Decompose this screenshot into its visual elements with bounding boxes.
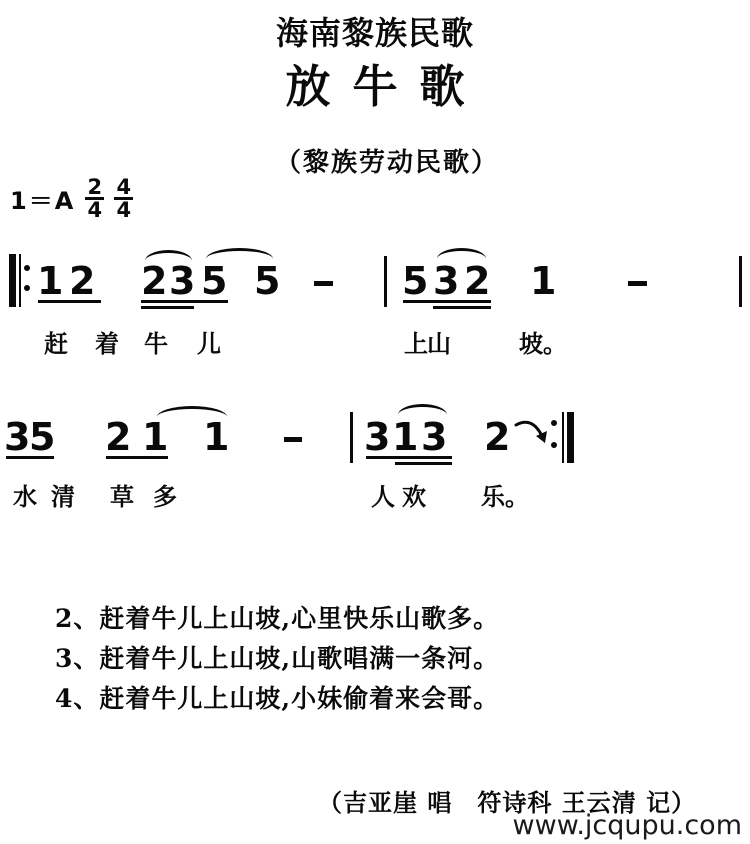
lyric-char: 牛 [144, 324, 168, 359]
tie [206, 248, 273, 260]
note: 3 [433, 266, 459, 296]
repeat-thick-bar [9, 254, 16, 307]
note: 5 [29, 422, 55, 452]
genre-label: 海南黎族民歌 [0, 8, 750, 54]
barline [350, 412, 353, 463]
note: 1 [203, 422, 229, 452]
lyric-char: 乐。 [481, 477, 529, 512]
lyric-char: 清 [51, 477, 75, 512]
repeat-dot [551, 442, 557, 448]
half-note-dash [284, 437, 302, 442]
sixteenth-underline [433, 306, 491, 309]
key-signature: 1＝A 2 4 4 4 [10, 178, 133, 219]
time-signature-4-4: 4 4 [114, 178, 133, 219]
note: 2 [69, 266, 95, 296]
note: 3 [421, 422, 447, 452]
repeat-thick-bar [567, 412, 574, 463]
lyric-char: 草 [110, 477, 134, 512]
note: 2 [484, 422, 510, 452]
key-tonality: 1＝A [10, 181, 75, 216]
tie [157, 406, 227, 418]
slur [398, 404, 447, 416]
fraction-denominator: 4 [87, 201, 102, 219]
barline [384, 256, 387, 307]
note: 3 [4, 422, 30, 452]
note: 1 [392, 422, 418, 452]
repeat-dot [24, 265, 30, 271]
note: 1 [530, 266, 556, 296]
sixteenth-underline [141, 306, 194, 309]
repeat-dot [551, 420, 557, 426]
end-repeat-icon [551, 412, 575, 463]
lyric-char: 儿 [197, 324, 221, 359]
verses: 2、赶着牛儿上山坡,心里快乐山歌多。 3、赶着牛儿上山坡,山歌唱满一条河。 4、… [55, 599, 499, 719]
note: 2 [105, 422, 131, 452]
lyric-char: 欢 [402, 477, 426, 512]
note: 1 [142, 422, 168, 452]
slur [145, 250, 192, 262]
note: 5 [402, 266, 428, 296]
lyric-char: 人 [371, 477, 395, 512]
song-title: 放牛歌 [0, 50, 750, 115]
slur [437, 248, 486, 260]
watermark: www.jcqupu.com [513, 810, 742, 841]
lyric-char: 上 [404, 324, 428, 359]
note: 3 [364, 422, 390, 452]
fraction-denominator: 4 [116, 201, 131, 219]
note: 2 [141, 266, 167, 296]
verse-line: 2、赶着牛儿上山坡,心里快乐山歌多。 [55, 599, 499, 639]
beam-underline [141, 300, 228, 303]
sixteenth-underline [395, 462, 452, 465]
beam-underline [366, 456, 452, 459]
begin-repeat-icon [9, 254, 29, 307]
note: 5 [201, 266, 227, 296]
lyric-char: 多 [153, 477, 177, 512]
beam-underline [38, 300, 101, 303]
lyric-char: 赶 [44, 324, 68, 359]
repeat-dot [24, 285, 30, 291]
subtitle: （黎族劳动民歌） [0, 142, 750, 179]
note: 2 [464, 266, 490, 296]
sheet-music-page: 海南黎族民歌 放牛歌 （黎族劳动民歌） 1＝A 2 4 4 4 1 2 2 3 … [0, 0, 750, 844]
lyric-char: 水 [13, 477, 37, 512]
beam-underline [403, 300, 491, 303]
half-note-dash [314, 281, 333, 286]
verse-line: 3、赶着牛儿上山坡,山歌唱满一条河。 [55, 639, 499, 679]
lyric-char: 着 [95, 324, 119, 359]
beam-underline [6, 456, 54, 459]
fraction-numerator: 4 [116, 178, 131, 196]
note: 1 [37, 266, 63, 296]
note: 3 [169, 266, 195, 296]
lyric-char: 坡。 [519, 324, 567, 359]
half-note-dash [628, 281, 647, 286]
barline [739, 256, 742, 307]
beam-underline [106, 456, 168, 459]
lyric-char: 山 [427, 324, 451, 359]
repeat-thin-bar [19, 254, 21, 307]
verse-line: 4、赶着牛儿上山坡,小妹偷着来会哥。 [55, 679, 499, 719]
repeat-thin-bar [562, 412, 564, 463]
fraction-numerator: 2 [87, 178, 102, 196]
glissando-down-icon [512, 416, 556, 452]
time-signature-2-4: 2 4 [85, 178, 104, 219]
note: 5 [254, 266, 280, 296]
